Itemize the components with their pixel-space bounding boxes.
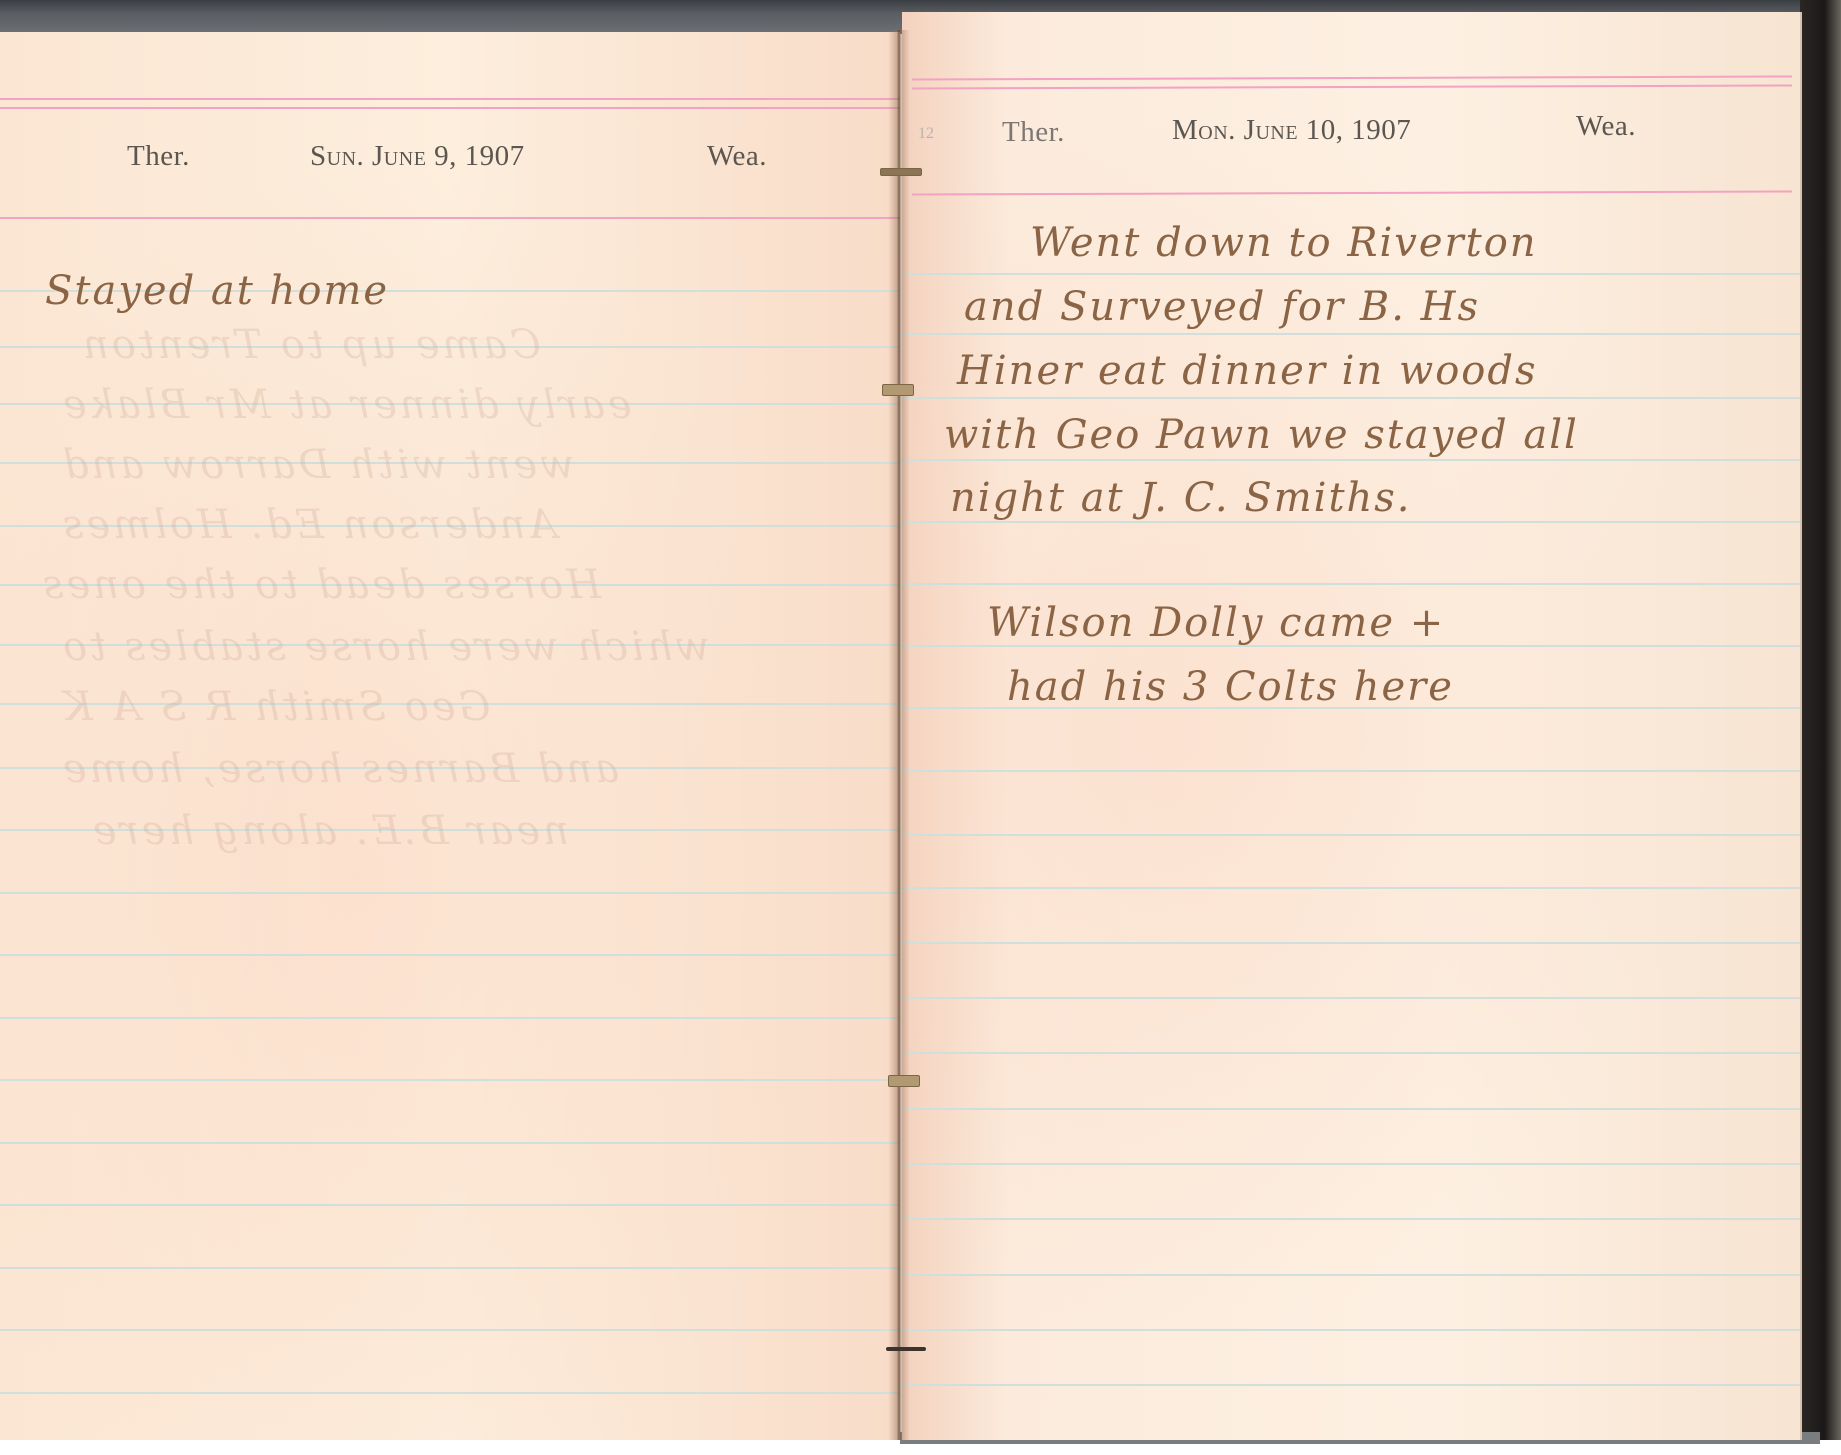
binding-staple <box>888 1075 920 1087</box>
header-double-rule-top <box>912 75 1792 80</box>
ruled-line <box>0 1017 900 1019</box>
bleed-through-text: early dinner at Mr Blake <box>60 382 632 428</box>
bleed-through-text: and Barnes horse, home <box>60 746 619 792</box>
ruled-line <box>902 1052 1800 1054</box>
header-double-rule-bottom <box>0 107 900 109</box>
ruled-line <box>0 892 900 894</box>
ruled-line <box>902 942 1800 944</box>
diary-page-right: 12 Ther. Mon. June 10, 1907 Wea. Went do… <box>902 12 1802 1440</box>
book-spine <box>888 30 910 1440</box>
bleed-through-text: Geo Smith R S A K <box>60 684 491 730</box>
ruled-line <box>902 1108 1800 1110</box>
ruled-line <box>0 1204 900 1206</box>
header-double-rule-bottom <box>912 84 1792 89</box>
ruled-line <box>902 770 1800 772</box>
book-cover-right-edge <box>1800 0 1841 1440</box>
diary-entry-line: Went down to Riverton <box>1030 220 1538 266</box>
diary-entry-line: night at J. C. Smiths. <box>950 475 1412 521</box>
ruled-line <box>0 1079 900 1081</box>
bleed-through-text: which were horse stables to <box>60 624 710 670</box>
wea-label: Wea. <box>707 140 767 173</box>
bleed-through-text: Anderson Ed. Holmes <box>60 502 557 548</box>
ruled-line <box>902 1163 1800 1165</box>
wea-label: Wea. <box>1576 110 1636 143</box>
ruled-line <box>902 273 1800 275</box>
ruled-line <box>0 1142 900 1144</box>
ruled-line <box>902 1384 1800 1386</box>
bleed-through-text: Horses dead to the ones <box>40 562 601 608</box>
ruled-line <box>902 521 1800 523</box>
ther-label: Ther. <box>1002 116 1065 149</box>
ruled-line <box>902 1329 1800 1331</box>
ruled-line <box>0 1392 900 1394</box>
diary-page-left: Ther. Sun. June 9, 1907 Wea. Came up to … <box>0 32 900 1440</box>
ruled-line <box>902 397 1800 399</box>
ruled-line <box>902 333 1800 335</box>
diary-entry-line: and Surveyed for B. Hs <box>964 284 1480 330</box>
diary-entry-line: Hiner eat dinner in woods <box>957 348 1538 394</box>
ruled-line <box>902 459 1800 461</box>
binding-stitch <box>880 168 922 176</box>
ruled-line <box>902 887 1800 889</box>
page-number: 12 <box>918 125 934 143</box>
page-date: Sun. June 9, 1907 <box>310 140 525 173</box>
ruled-line <box>0 1267 900 1269</box>
ruled-line <box>902 834 1800 836</box>
ruled-line <box>902 1274 1800 1276</box>
diary-entry-line: with Geo Pawn we stayed all <box>944 412 1579 458</box>
binding-stitch <box>886 1347 926 1351</box>
ruled-line <box>902 997 1800 999</box>
bleed-through-text: Came up to Trenton <box>80 322 541 368</box>
header-double-rule-top <box>0 98 900 100</box>
ruled-line <box>0 954 900 956</box>
bleed-through-text: went with Darrow and <box>60 442 574 488</box>
page-date: Mon. June 10, 1907 <box>1172 114 1411 147</box>
ruled-line <box>902 1218 1800 1220</box>
diary-entry-line: Wilson Dolly came + <box>987 600 1445 646</box>
ruled-line <box>0 1329 900 1331</box>
bleed-through-text: near B.E. along here <box>90 808 569 854</box>
binding-staple <box>882 384 914 396</box>
header-bottom-rule <box>0 217 900 219</box>
diary-entry-line: Stayed at home <box>45 268 389 314</box>
ther-label: Ther. <box>127 140 190 173</box>
diary-entry-line: had his 3 Colts here <box>1007 664 1454 710</box>
header-bottom-rule <box>912 190 1792 195</box>
ruled-line <box>902 583 1800 585</box>
